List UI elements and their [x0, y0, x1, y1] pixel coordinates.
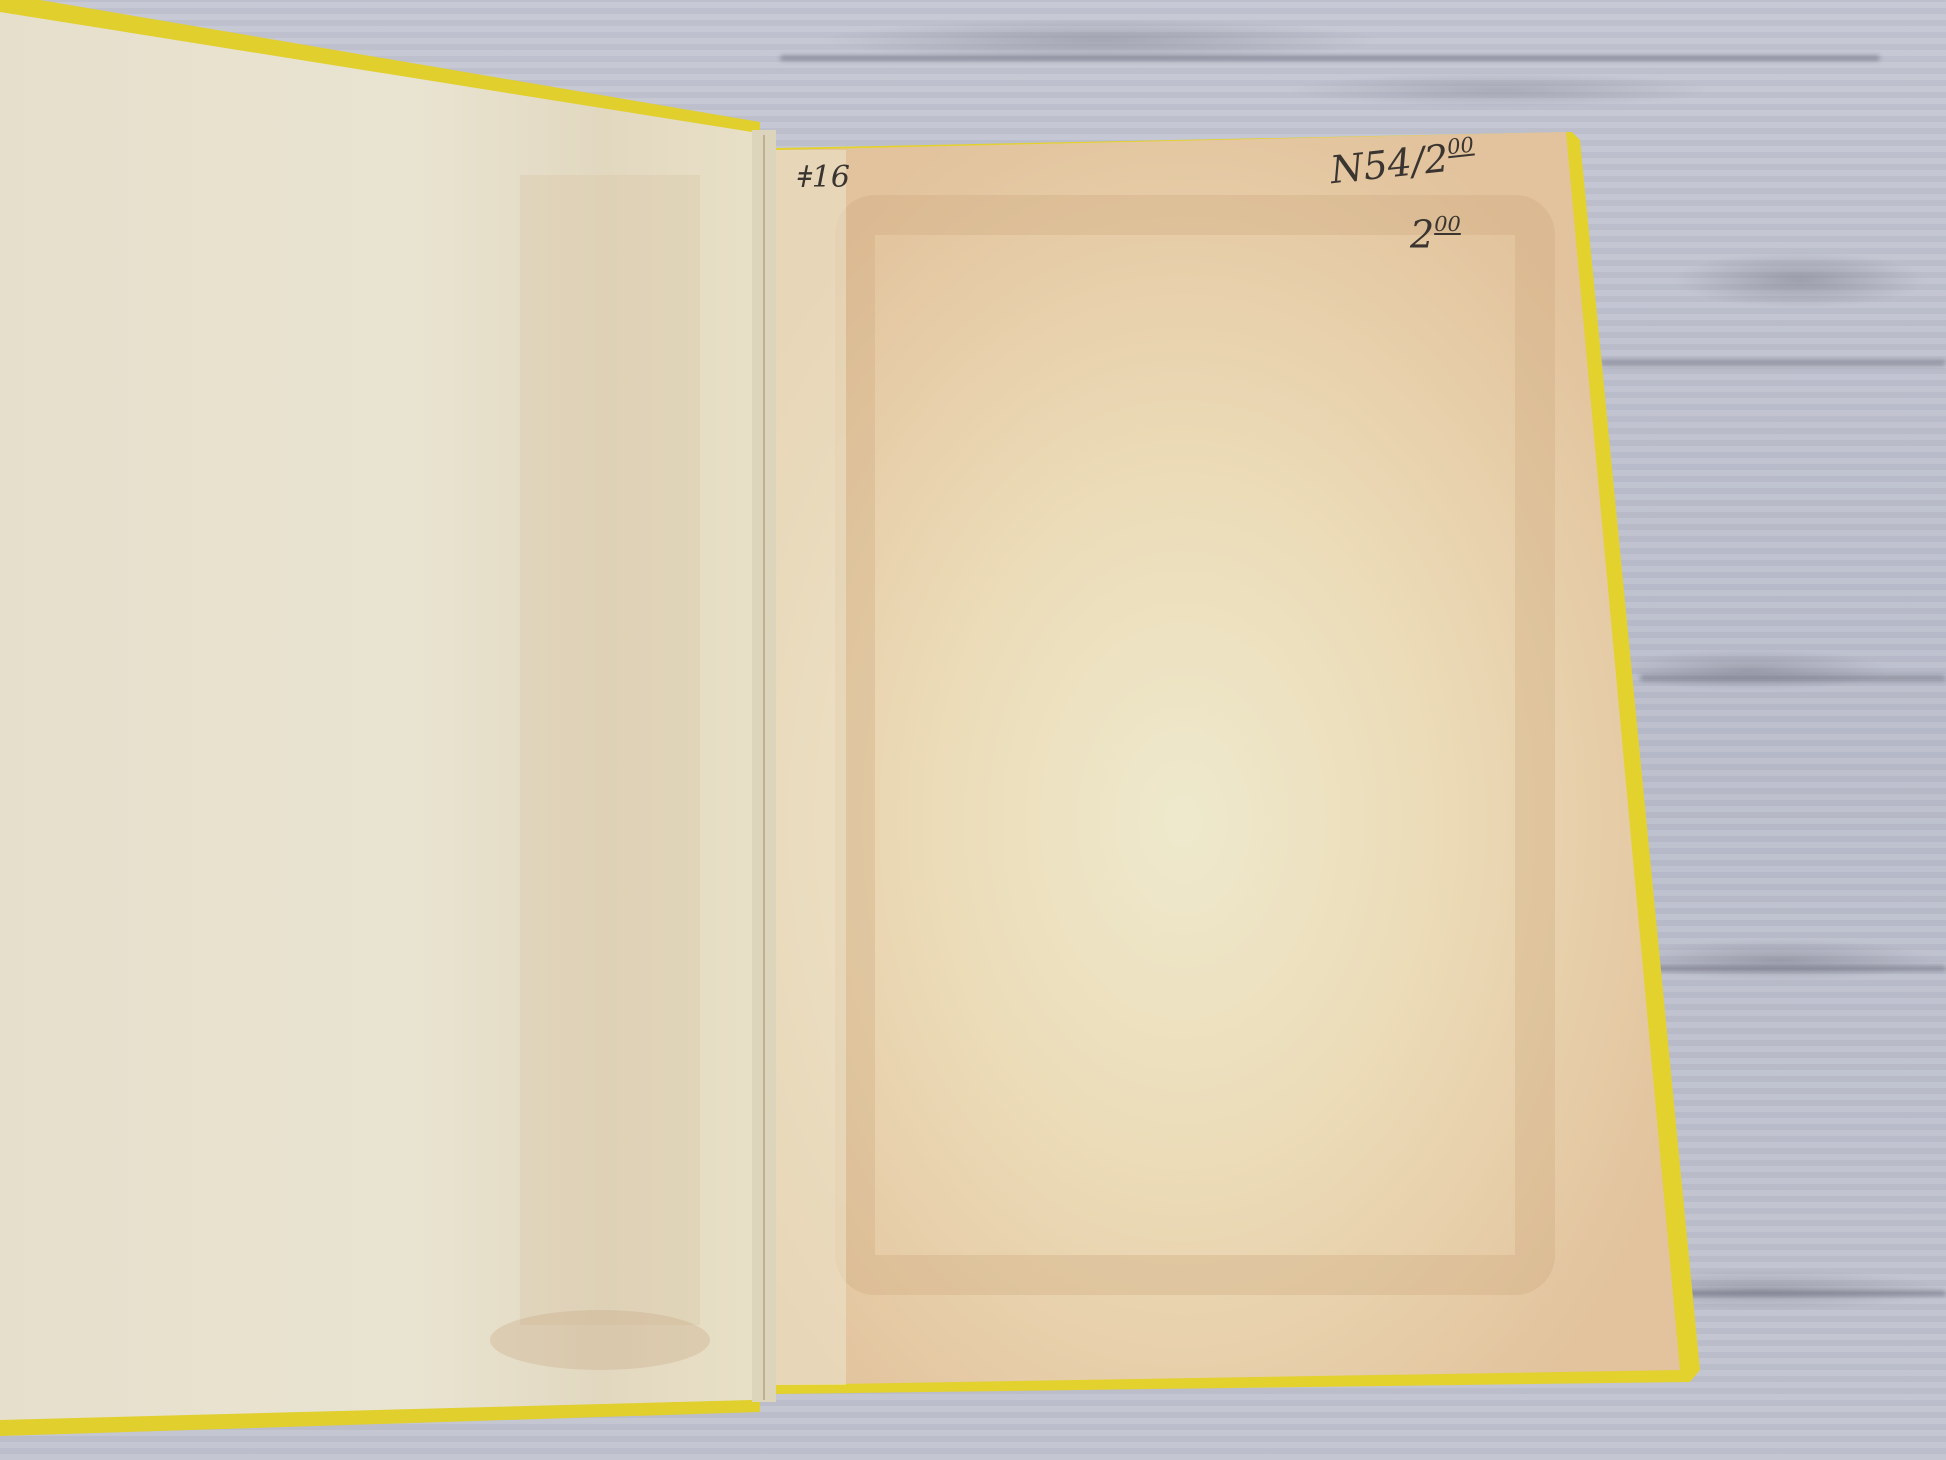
- photo-scene: ǂ16 N54/200 200: [0, 0, 1946, 1460]
- price-text: 2: [1410, 213, 1434, 257]
- price-cents: 00: [1434, 212, 1461, 236]
- right-page-hinge: [776, 150, 846, 1385]
- price-code-cents: 00: [1446, 133, 1475, 160]
- price-annotation: 200: [1410, 212, 1461, 257]
- left-page-stain: [490, 1310, 710, 1370]
- spine-mark-text: ǂ16: [798, 160, 850, 195]
- spine-mark-annotation: ǂ16: [798, 160, 850, 195]
- open-book: [0, 0, 1946, 1460]
- left-page-stain: [520, 175, 700, 1325]
